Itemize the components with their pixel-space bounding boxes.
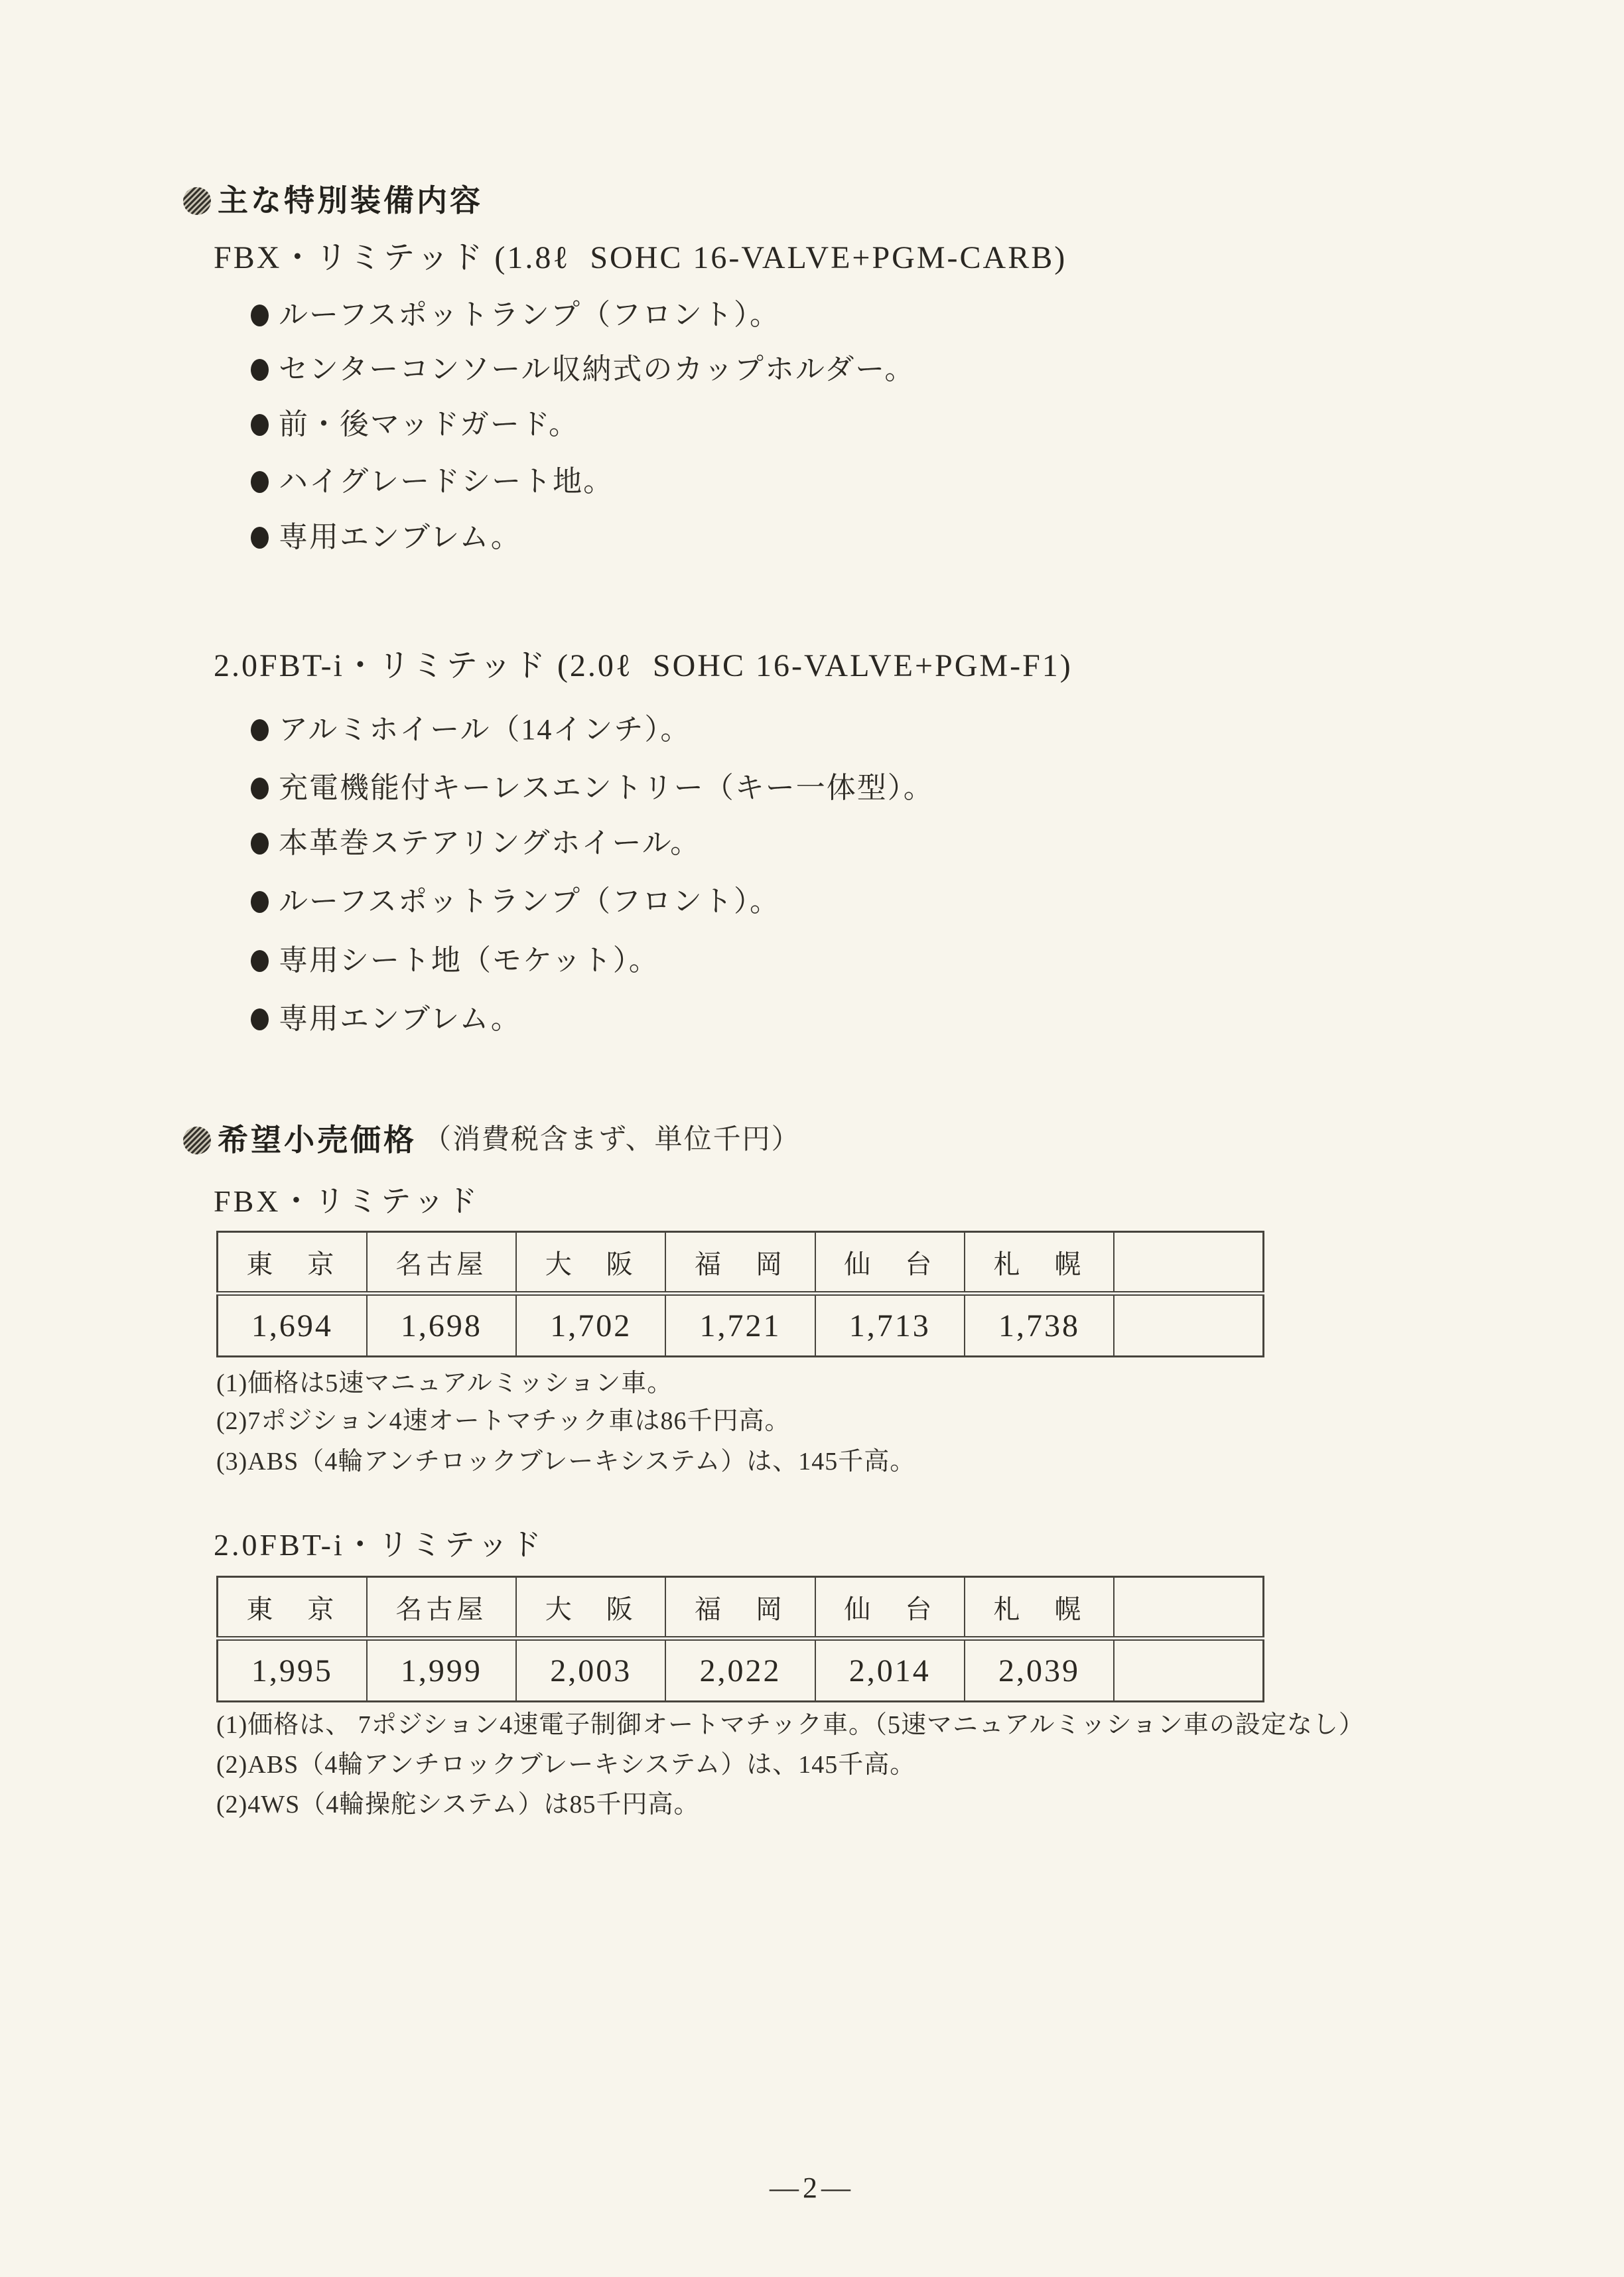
feature-item: ルーフスポットランプ（フロント）。 bbox=[251, 299, 780, 332]
price-value-cell: 2,014 bbox=[815, 1639, 965, 1702]
feature-text: センターコンソール収納式のカップホルダー。 bbox=[279, 353, 915, 386]
bullet-icon bbox=[251, 950, 269, 972]
bullet-icon bbox=[251, 1008, 269, 1030]
city-header-cell: 名古屋 bbox=[367, 1232, 516, 1294]
feature-item: 専用エンブレム。 bbox=[251, 1002, 521, 1036]
bullet-icon bbox=[251, 305, 269, 326]
section-heading-text: 希望小売価格 bbox=[218, 1123, 417, 1158]
price-table-fbt: 東 京 名古屋 大 阪 福 岡 仙 台 札 幌 1,995 1,999 2,00… bbox=[216, 1576, 1264, 1702]
price-value-cell: 1,694 bbox=[218, 1294, 367, 1357]
city-header-cell: 仙 台 bbox=[815, 1232, 965, 1294]
table-header-row: 東 京 名古屋 大 阪 福 岡 仙 台 札 幌 bbox=[218, 1232, 1264, 1294]
city-header-cell: 名古屋 bbox=[367, 1577, 516, 1639]
feature-text: ハイグレードシート地。 bbox=[279, 465, 614, 498]
table-subtitle-fbx: FBX・リミテッド bbox=[214, 1184, 480, 1219]
feature-item: 専用シート地（モケット）。 bbox=[251, 944, 659, 977]
section-heading-note: （消費税含まず、単位千円） bbox=[423, 1123, 801, 1158]
city-header-cell: 福 岡 bbox=[665, 1232, 815, 1294]
table-value-row: 1,694 1,698 1,702 1,721 1,713 1,738 bbox=[218, 1294, 1264, 1357]
bullet-icon bbox=[251, 471, 269, 493]
table-header-row: 東 京 名古屋 大 阪 福 岡 仙 台 札 幌 bbox=[218, 1577, 1264, 1639]
hatched-circle-icon bbox=[183, 1127, 211, 1154]
section-heading-pricing: 希望小売価格 （消費税含まず、単位千円） bbox=[183, 1123, 801, 1158]
feature-item: ルーフスポットランプ（フロント）。 bbox=[251, 885, 780, 918]
feature-item: 専用エンブレム。 bbox=[251, 521, 521, 554]
model-title-fbx: FBX・リミテッド (1.8ℓ SOHC 16-VALVE+PGM-CARB) bbox=[214, 240, 1067, 275]
footnote: (2)4WS（4輪操舵システム）は85千円高。 bbox=[216, 1790, 700, 1819]
feature-item: 前・後マッドガード。 bbox=[251, 408, 579, 441]
feature-text: 専用シート地（モケット）。 bbox=[279, 944, 659, 977]
feature-item: 充電機能付キーレスエントリー（キー一体型）。 bbox=[251, 772, 934, 805]
city-header-cell: 福 岡 bbox=[665, 1577, 815, 1639]
city-header-cell: 札 幌 bbox=[965, 1232, 1114, 1294]
price-value-cell: 1,698 bbox=[367, 1294, 516, 1357]
feature-text: ルーフスポットランプ（フロント）。 bbox=[279, 885, 780, 918]
feature-text: アルミホイール（14インチ）。 bbox=[279, 713, 691, 746]
bullet-icon bbox=[251, 833, 269, 855]
feature-text: 専用エンブレム。 bbox=[279, 521, 521, 554]
footnote: (2)ABS（4輪アンチロックブレーキシステム）は、145千高。 bbox=[216, 1750, 915, 1779]
page-number: —2— bbox=[0, 2172, 1624, 2204]
city-header-cell-empty bbox=[1114, 1577, 1263, 1639]
feature-item: 本革巻ステアリングホイール。 bbox=[251, 827, 701, 860]
feature-item: センターコンソール収納式のカップホルダー。 bbox=[251, 353, 915, 386]
feature-item: アルミホイール（14インチ）。 bbox=[251, 713, 691, 746]
model-title-fbt: 2.0FBT-i・リミテッド (2.0ℓ SOHC 16-VALVE+PGM-F… bbox=[214, 648, 1073, 683]
price-value-cell: 1,702 bbox=[516, 1294, 665, 1357]
hatched-circle-icon bbox=[183, 187, 211, 215]
footnote: (2)7ポジション4速オートマチック車は86千円高。 bbox=[216, 1407, 790, 1436]
footnote: (1)価格は、 7ポジション4速電子制御オートマチック車。（5速マニュアルミッシ… bbox=[216, 1710, 1365, 1740]
city-header-cell: 大 阪 bbox=[516, 1577, 665, 1639]
price-value-cell: 1,721 bbox=[665, 1294, 815, 1357]
price-value-cell: 1,995 bbox=[218, 1639, 367, 1702]
price-table-fbx: 東 京 名古屋 大 阪 福 岡 仙 台 札 幌 1,694 1,698 1,70… bbox=[216, 1231, 1264, 1357]
bullet-icon bbox=[251, 527, 269, 549]
feature-text: 前・後マッドガード。 bbox=[279, 408, 579, 441]
city-header-cell: 札 幌 bbox=[965, 1577, 1114, 1639]
feature-text: ルーフスポットランプ（フロント）。 bbox=[279, 299, 780, 332]
price-value-cell: 2,022 bbox=[665, 1639, 815, 1702]
document-page: 主な特別装備内容 FBX・リミテッド (1.8ℓ SOHC 16-VALVE+P… bbox=[0, 0, 1624, 2277]
price-value-cell: 1,738 bbox=[965, 1294, 1114, 1357]
price-value-cell: 1,713 bbox=[815, 1294, 965, 1357]
feature-text: 充電機能付キーレスエントリー（キー一体型）。 bbox=[279, 772, 934, 805]
footnote: (1)価格は5速マニュアルミッション車。 bbox=[216, 1369, 673, 1398]
section-heading-equipment: 主な特別装備内容 bbox=[183, 183, 483, 218]
section-heading-text: 主な特別装備内容 bbox=[218, 183, 483, 218]
price-value-cell: 1,999 bbox=[367, 1639, 516, 1702]
city-header-cell: 仙 台 bbox=[815, 1577, 965, 1639]
price-value-cell: 2,039 bbox=[965, 1639, 1114, 1702]
table-subtitle-fbt: 2.0FBT-i・リミテッド bbox=[214, 1527, 544, 1562]
feature-text: 専用エンブレム。 bbox=[279, 1002, 521, 1036]
city-header-cell: 東 京 bbox=[218, 1577, 367, 1639]
bullet-icon bbox=[251, 359, 269, 381]
city-header-cell: 大 阪 bbox=[516, 1232, 665, 1294]
price-value-cell-empty bbox=[1114, 1294, 1263, 1357]
bullet-icon bbox=[251, 414, 269, 436]
feature-item: ハイグレードシート地。 bbox=[251, 465, 614, 498]
bullet-icon bbox=[251, 891, 269, 913]
table-value-row: 1,995 1,999 2,003 2,022 2,014 2,039 bbox=[218, 1639, 1264, 1702]
bullet-icon bbox=[251, 778, 269, 799]
price-value-cell-empty bbox=[1114, 1639, 1263, 1702]
city-header-cell-empty bbox=[1114, 1232, 1263, 1294]
footnote: (3)ABS（4輪アンチロックブレーキシステム）は、145千高。 bbox=[216, 1447, 915, 1476]
city-header-cell: 東 京 bbox=[218, 1232, 367, 1294]
bullet-icon bbox=[251, 719, 269, 741]
feature-text: 本革巻ステアリングホイール。 bbox=[279, 827, 701, 860]
price-value-cell: 2,003 bbox=[516, 1639, 665, 1702]
